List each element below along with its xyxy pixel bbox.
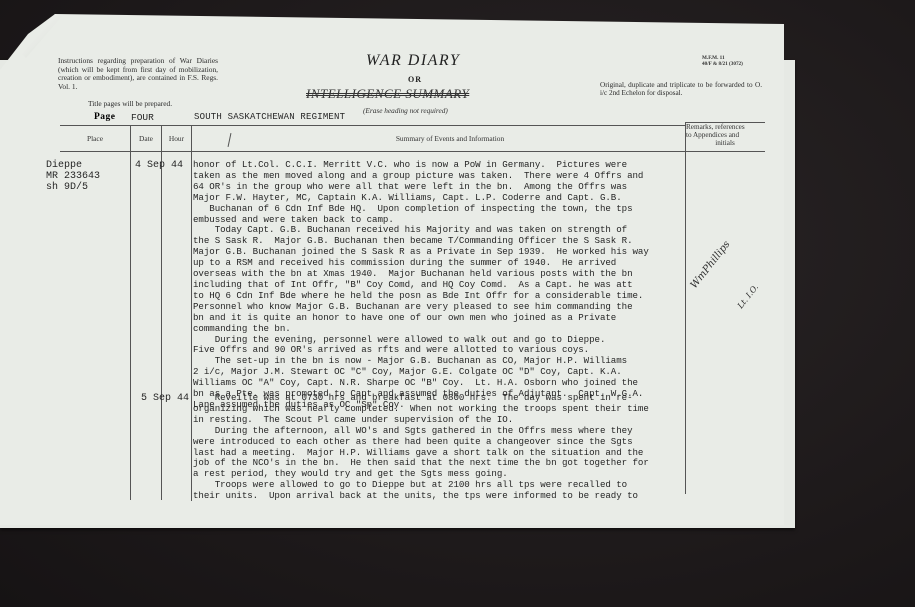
- page-number: FOUR: [131, 112, 154, 123]
- column-header-remarks: Remarks, references to Appendices and in…: [686, 123, 764, 147]
- entry-summary: honor of Lt.Col. C.C.I. Merritt V.C. who…: [193, 160, 687, 411]
- header-bottom-rule: [60, 151, 765, 152]
- forwarding-note: Original, duplicate and triplicate to be…: [600, 81, 762, 98]
- column-header-date: Date: [131, 134, 161, 143]
- column-header-summary: Summary of Events and Information: [300, 134, 600, 143]
- entry-date: 4 Sep 44: [135, 160, 183, 171]
- remarks-header-line1: Remarks, references: [686, 123, 745, 131]
- form-number-line2: 40/F & 8/21 (3072): [702, 61, 743, 67]
- title-pages-note: Title pages will be prepared.: [88, 99, 172, 108]
- unit-name: SOUTH SASKATCHEWAN REGIMENT: [194, 112, 345, 122]
- document-title: WAR DIARY: [366, 52, 460, 70]
- table-top-rule: [60, 125, 685, 126]
- instructions-note: Instructions regarding preparation of Wa…: [58, 57, 218, 91]
- struck-intelligence-summary: INTELLIGENCE SUMMARY: [306, 86, 469, 102]
- map-sheet: sh 9D/5: [46, 182, 100, 193]
- hour-summary-divider: [191, 125, 192, 501]
- place-name: Dieppe: [46, 160, 100, 171]
- place-date-divider: [130, 125, 131, 500]
- date-hour-divider: [161, 125, 162, 500]
- entry-summary: Reveille was at 0730 hrs and breakfast a…: [193, 393, 687, 502]
- page-label: Page: [94, 112, 116, 122]
- column-header-hour: Hour: [162, 134, 191, 143]
- remarks-header-line2: to Appendices and: [686, 131, 739, 139]
- column-header-place: Place: [60, 134, 130, 143]
- entry-date: 5 Sep 44: [141, 393, 189, 404]
- remarks-header-line3: initials: [686, 139, 764, 147]
- form-number: M.F.M. 11 40/F & 8/21 (3072): [702, 55, 743, 67]
- place-entry: Dieppe MR 233643 sh 9D/5: [46, 160, 100, 193]
- or-label: OR: [408, 75, 422, 84]
- erase-heading-note: (Erase heading not required): [363, 106, 448, 115]
- map-reference: MR 233643: [46, 171, 100, 182]
